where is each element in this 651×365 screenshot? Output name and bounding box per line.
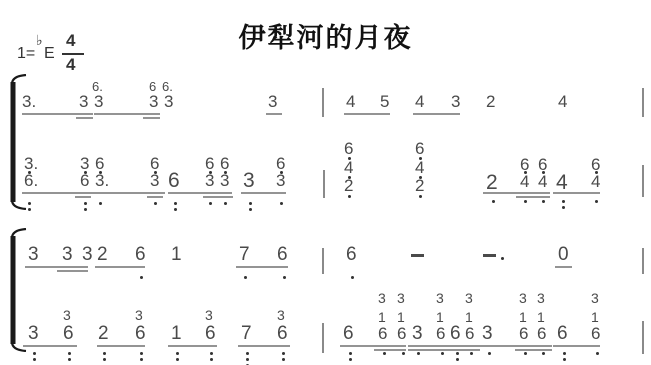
beam-line — [478, 345, 552, 347]
note-glyph: 6 — [63, 324, 74, 343]
beam-line — [408, 349, 480, 351]
note-glyph: 6. — [162, 80, 173, 93]
octave-dot — [456, 352, 459, 355]
beam-line — [94, 113, 160, 115]
octave-dot — [348, 157, 351, 160]
note-glyph: 3 — [150, 172, 159, 189]
note-glyph: 6 — [519, 325, 528, 342]
note-glyph: 6 — [150, 155, 159, 172]
octave-dot — [348, 176, 351, 179]
note-glyph: 1 — [378, 310, 386, 324]
octave-dot — [441, 352, 444, 355]
note-glyph: 3 — [277, 308, 285, 322]
octave-dot — [176, 358, 179, 361]
barline — [322, 323, 324, 353]
note-glyph: 3 — [243, 170, 255, 191]
note-glyph: 3 — [436, 291, 444, 305]
note-glyph: 3 — [80, 155, 89, 172]
octave-dot — [402, 352, 405, 355]
note-glyph: 6 — [220, 155, 229, 172]
beam-line — [168, 345, 217, 347]
note-glyph: 4 — [415, 159, 424, 176]
octave-dot — [542, 171, 545, 174]
note-glyph: 2 — [98, 324, 109, 343]
note-glyph: 6 — [205, 155, 214, 172]
octave-dot — [419, 195, 422, 198]
note-glyph: 1 — [436, 310, 444, 324]
beam-line — [483, 192, 550, 194]
beam-line — [23, 345, 77, 347]
note-glyph: 4 — [415, 93, 424, 110]
octave-dot — [542, 200, 545, 203]
note-glyph: 3 — [519, 291, 527, 305]
beam-line — [374, 349, 406, 351]
beam-line — [143, 117, 160, 119]
octave-dot — [349, 352, 352, 355]
note-glyph: 6 — [95, 155, 104, 172]
barline — [642, 165, 644, 197]
octave-dot — [176, 352, 179, 355]
note-glyph: 3 — [378, 291, 386, 305]
octave-dot — [140, 358, 143, 361]
beam-line — [95, 266, 145, 268]
octave-dot — [524, 200, 527, 203]
key-signature-prefix: 1= — [17, 45, 35, 63]
note-glyph: 3 — [135, 308, 143, 322]
note-glyph: 3 — [465, 291, 473, 305]
note-glyph: 1 — [171, 324, 182, 343]
beam-line — [340, 345, 406, 347]
note-glyph: 4 — [520, 173, 529, 190]
octave-dot — [280, 171, 283, 174]
note-glyph: 3 — [205, 308, 213, 322]
barline — [322, 88, 324, 117]
beam-line — [515, 349, 552, 351]
octave-dot — [488, 352, 491, 355]
beam-line — [555, 266, 572, 268]
note-glyph: 6 — [436, 325, 445, 342]
dash-line — [411, 254, 424, 257]
octave-dot — [210, 358, 213, 361]
octave-dot — [99, 202, 102, 205]
octave-dot — [103, 358, 106, 361]
octave-dot — [33, 358, 36, 361]
note-glyph: 1 — [397, 310, 405, 324]
octave-dot — [84, 171, 87, 174]
time-signature-denominator: 4 — [66, 55, 75, 75]
barline — [323, 170, 325, 198]
key-signature-key: E — [44, 45, 55, 63]
note-glyph: 1 — [171, 245, 182, 264]
octave-dot — [224, 171, 227, 174]
beam-line — [95, 192, 165, 194]
beam-line — [553, 345, 600, 347]
octave-dot — [492, 200, 495, 203]
beam-line — [76, 117, 93, 119]
dash-line — [483, 254, 496, 257]
octave-dot — [99, 171, 102, 174]
octave-dot — [417, 352, 420, 355]
beam-line — [147, 196, 163, 198]
note-glyph: 6 — [557, 324, 568, 343]
octave-dot — [249, 202, 252, 205]
beam-line — [408, 345, 480, 347]
octave-dot — [563, 358, 566, 361]
beam-line — [344, 113, 390, 115]
beam-line — [22, 113, 93, 115]
note-glyph: 3 — [149, 93, 158, 110]
note-glyph: 6 — [537, 325, 546, 342]
octave-dot — [419, 176, 422, 179]
octave-dot — [209, 202, 212, 205]
octave-dot — [351, 276, 354, 279]
octave-dot — [174, 208, 177, 211]
beam-line — [97, 345, 145, 347]
note-glyph: 4 — [344, 159, 353, 176]
note-glyph: 6 — [397, 325, 406, 342]
note-glyph: 4 — [556, 172, 568, 193]
note-glyph: 6 — [450, 324, 461, 343]
octave-dot — [280, 202, 283, 205]
note-glyph: 3 — [79, 93, 88, 110]
note-glyph: 7 — [241, 324, 252, 343]
note-glyph: 6 — [591, 325, 600, 342]
note-glyph: 3 — [451, 93, 460, 110]
octave-dot — [246, 352, 249, 355]
octave-dot — [282, 358, 285, 361]
note-glyph: 6 — [276, 155, 285, 172]
octave-dot — [154, 202, 157, 205]
note-glyph: 6. — [92, 80, 103, 93]
note-glyph: 3 — [205, 172, 214, 189]
note-glyph: 1 — [465, 310, 473, 324]
octave-dot — [282, 352, 285, 355]
note-glyph: 4 — [591, 173, 600, 190]
note-glyph: 3 — [63, 308, 71, 322]
note-glyph: 6 — [465, 325, 474, 342]
note-glyph: 4 — [346, 93, 355, 110]
sheet-music-page: 伊犁河的月夜 1= ♭ E 4 4 3.333336.66.4543243.36… — [0, 0, 651, 365]
note-glyph: 5 — [380, 93, 389, 110]
note-glyph: 0 — [558, 245, 569, 264]
note-glyph: 3 — [397, 291, 405, 305]
octave-dot — [349, 358, 352, 361]
octave-dot — [140, 352, 143, 355]
beam-line — [413, 113, 460, 115]
octave-dot — [456, 358, 459, 361]
octave-dot — [68, 352, 71, 355]
beam-line — [553, 192, 600, 194]
octave-dot — [68, 358, 71, 361]
beam-line — [266, 113, 282, 115]
octave-dot — [524, 171, 527, 174]
octave-dot — [209, 171, 212, 174]
note-glyph: 2 — [486, 93, 495, 110]
octave-dot — [283, 276, 286, 279]
octave-dot — [246, 358, 249, 361]
octave-dot — [419, 157, 422, 160]
note-glyph: 3 — [537, 291, 545, 305]
barline — [322, 248, 324, 274]
note-glyph: 6 — [135, 245, 146, 264]
barline — [642, 88, 644, 117]
note-glyph: 3 — [164, 93, 173, 110]
system-bracket — [9, 74, 31, 210]
octave-dot — [542, 352, 545, 355]
flat-icon: ♭ — [36, 32, 43, 49]
note-glyph: 6 — [378, 325, 387, 342]
beam-line — [241, 192, 286, 194]
note-glyph: 3 — [412, 324, 423, 343]
octave-dot — [563, 352, 566, 355]
beam-line — [238, 345, 290, 347]
octave-dot — [501, 257, 504, 260]
octave-dot — [103, 352, 106, 355]
octave-dot — [33, 352, 36, 355]
octave-dot — [595, 200, 598, 203]
octave-dot — [524, 352, 527, 355]
octave-dot — [244, 276, 247, 279]
beam-line — [168, 192, 232, 194]
note-glyph: 2 — [97, 245, 108, 264]
beam-line — [25, 266, 88, 268]
note-glyph: 2 — [344, 177, 353, 194]
note-glyph: 4 — [538, 173, 547, 190]
octave-dot — [562, 200, 565, 203]
barline — [642, 321, 644, 354]
octave-dot — [596, 352, 599, 355]
note-glyph: 6 — [277, 324, 288, 343]
note-glyph: 7 — [239, 245, 250, 264]
note-glyph: 1 — [519, 310, 527, 324]
note-glyph: 3 — [94, 93, 103, 110]
octave-dot — [383, 352, 386, 355]
note-glyph: 3 — [268, 93, 277, 110]
time-signature-numerator: 4 — [66, 31, 75, 51]
note-glyph: 2 — [486, 172, 498, 193]
note-glyph: 3 — [220, 172, 229, 189]
note-glyph: 6 — [135, 324, 146, 343]
note-glyph: 6 — [415, 140, 424, 157]
octave-dot — [470, 352, 473, 355]
note-glyph: 1 — [537, 310, 545, 324]
octave-dot — [154, 171, 157, 174]
note-glyph: 6 — [343, 324, 354, 343]
note-glyph: 3 — [62, 245, 73, 264]
beam-line — [22, 192, 95, 194]
note-glyph: 6 — [346, 245, 357, 264]
octave-dot — [348, 195, 351, 198]
note-glyph: 3 — [591, 291, 599, 305]
note-glyph: 4 — [558, 93, 567, 110]
beam-line — [75, 196, 91, 198]
note-glyph: 3 — [82, 245, 93, 264]
octave-dot — [224, 202, 227, 205]
note-glyph: 6 — [277, 245, 288, 264]
note-glyph: 6 — [344, 140, 353, 157]
note-glyph: 3 — [482, 324, 493, 343]
note-glyph: 6 — [80, 172, 89, 189]
octave-dot — [562, 206, 565, 209]
note-glyph: 6 — [205, 324, 216, 343]
system-bracket — [9, 228, 31, 352]
octave-dot — [84, 208, 87, 211]
octave-dot — [595, 171, 598, 174]
note-glyph: 6 — [168, 170, 180, 191]
note-glyph: 2 — [415, 177, 424, 194]
octave-dot — [140, 276, 143, 279]
beam-line — [203, 196, 233, 198]
octave-dot — [210, 352, 213, 355]
barline — [642, 248, 644, 274]
beam-line — [236, 266, 288, 268]
note-glyph: 3 — [276, 172, 285, 189]
octave-dot — [84, 202, 87, 205]
octave-dot — [249, 208, 252, 211]
note-glyph: 1 — [591, 310, 599, 324]
note-glyph: 6 — [149, 80, 156, 93]
note-glyph: 3. — [95, 172, 109, 189]
octave-dot — [174, 202, 177, 205]
beam-line — [516, 196, 550, 198]
beam-line — [57, 270, 88, 272]
song-title: 伊犁河的月夜 — [0, 16, 651, 55]
